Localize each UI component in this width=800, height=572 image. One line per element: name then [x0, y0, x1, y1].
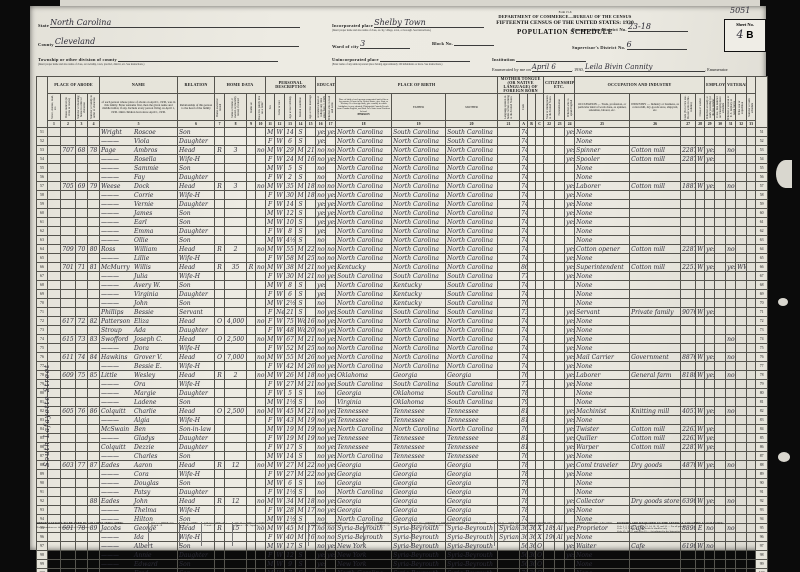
- cell-am: 26: [306, 362, 316, 371]
- cell-r: [247, 488, 256, 497]
- cell-cb: [528, 371, 536, 380]
- cell-sc: yes: [316, 137, 326, 146]
- cell-v: 7,000: [225, 353, 247, 362]
- cell-na: [555, 137, 565, 146]
- cell-mt: [498, 398, 520, 407]
- cell-rel: Head: [178, 245, 215, 254]
- cell-wk: yes: [705, 155, 715, 164]
- cell-mt: [498, 353, 520, 362]
- cell-ue: [715, 353, 726, 362]
- cell-d: [76, 200, 88, 209]
- cell-f: [88, 551, 100, 560]
- cell-wr: WW: [736, 263, 747, 272]
- cell-im: [544, 182, 555, 191]
- cell-sc: no: [316, 371, 326, 380]
- cell-fm: [256, 434, 266, 443]
- cell-v: [225, 425, 247, 434]
- cell-cc: [536, 335, 544, 344]
- cell-ue: [715, 479, 726, 488]
- cell-f: [88, 443, 100, 452]
- cell-rel: Head: [178, 182, 215, 191]
- cell-ag: 8: [285, 227, 296, 236]
- cell-fm: [256, 344, 266, 353]
- cell-vt: no: [726, 371, 736, 380]
- cell-cb: [528, 299, 536, 308]
- cell-ag: 10: [285, 218, 296, 227]
- cell-cr: W: [275, 353, 285, 362]
- cell-o: O: [215, 317, 225, 326]
- cell-m: M: [296, 272, 306, 281]
- cell-fs: [747, 326, 756, 335]
- cell-fm: [256, 272, 266, 281]
- cell-vt: [726, 479, 736, 488]
- census-sheet-page: 5051 State North Carolina County Clevela…: [30, 6, 766, 550]
- cell-name: ———Edward: [100, 560, 178, 569]
- column-number: 11: [266, 121, 275, 128]
- cell-mt: [498, 506, 520, 515]
- column-number: 33: [747, 121, 756, 128]
- column-number: 8: [225, 121, 247, 128]
- cell-rln: 74: [756, 335, 768, 344]
- cell-mt: [498, 254, 520, 263]
- cell-na: [555, 290, 565, 299]
- cell-v: [225, 272, 247, 281]
- cell-wr: [736, 236, 747, 245]
- cell-rw: no: [326, 245, 336, 254]
- cell-mb: South Carolina: [446, 308, 498, 317]
- cell-cc: [536, 416, 544, 425]
- incorporated-place-value: Shelby Town: [374, 18, 426, 27]
- cell-am: 21: [306, 146, 316, 155]
- cell-fm: [256, 155, 266, 164]
- cell-name: ———Bessie E.: [100, 362, 178, 371]
- cell-fb: South Carolina: [392, 128, 446, 137]
- cell-ind: [630, 560, 681, 569]
- cell-na: [555, 335, 565, 344]
- cell-oc: None: [575, 191, 630, 200]
- cell-cl: W: [696, 245, 705, 254]
- cell-im: [544, 245, 555, 254]
- cell-sx: M: [266, 398, 275, 407]
- cell-v: [225, 560, 247, 569]
- cell-en: yes: [565, 344, 575, 353]
- cell-m: S: [296, 209, 306, 218]
- column-header-im: Year of immigration to the United States: [544, 94, 555, 121]
- cell-rel: Servant: [178, 308, 215, 317]
- cell-am: 22: [306, 461, 316, 470]
- cell-ln: 65: [37, 254, 48, 263]
- cell-oc: None: [575, 551, 630, 560]
- cell-ag: 75: [285, 317, 296, 326]
- cell-mb: Syria-Beyrouth: [446, 560, 498, 569]
- cell-d: [76, 209, 88, 218]
- cell-en: yes: [565, 146, 575, 155]
- cell-en: yes: [565, 254, 575, 263]
- cell-wr: [736, 497, 747, 506]
- cell-pb: Georgia: [336, 506, 392, 515]
- cell-wr: [736, 245, 747, 254]
- cell-cb: [528, 236, 536, 245]
- cell-mb: South Carolina: [446, 272, 498, 281]
- cell-fb: Georgia: [392, 506, 446, 515]
- cell-cr: Neg: [275, 308, 285, 317]
- cell-rln: 59: [756, 200, 768, 209]
- cell-name: RossWilliam: [100, 245, 178, 254]
- cell-sx: M: [266, 452, 275, 461]
- cell-rw: yes: [326, 263, 336, 272]
- cell-im: [544, 443, 555, 452]
- cell-cb: [528, 488, 536, 497]
- cell-d: 70: [76, 245, 88, 254]
- cell-na: [555, 551, 565, 560]
- cell-mt: [498, 443, 520, 452]
- cell-h: [61, 506, 76, 515]
- cell-am: [306, 551, 316, 560]
- cell-oc: None: [575, 479, 630, 488]
- cell-m: M: [296, 362, 306, 371]
- cell-na: [555, 263, 565, 272]
- cell-cd: [681, 281, 696, 290]
- cell-pb: North Carolina: [336, 146, 392, 155]
- cell-sc: no: [316, 236, 326, 245]
- cell-im: [544, 128, 555, 137]
- column-header-st: Street, avenue, road, etc.: [48, 94, 61, 121]
- cell-ca: 74: [520, 209, 528, 218]
- cell-ca: 76: [520, 452, 528, 461]
- cell-r: [247, 191, 256, 200]
- cell-cl: W: [696, 434, 705, 443]
- cell-ca: 81: [520, 443, 528, 452]
- cell-rw: [326, 173, 336, 182]
- cell-name: EadesJohn: [100, 497, 178, 506]
- footer-entry-note: Cols. 15, 16, 17, and 21 to 33 — As indi…: [617, 531, 767, 534]
- cell-h: 705: [61, 182, 76, 191]
- cell-cb: [528, 308, 536, 317]
- cell-rw: [326, 227, 336, 236]
- table-row: 87———CharlesSonMW14SnoyesNorth CarolinaT…: [37, 452, 768, 461]
- cell-ue: [715, 155, 726, 164]
- cell-name: ———Rosella: [100, 155, 178, 164]
- cell-d: 69: [76, 182, 88, 191]
- cell-cl: [696, 479, 705, 488]
- cell-m: S: [296, 551, 306, 560]
- cell-rw: yes: [326, 317, 336, 326]
- cell-cl: [696, 236, 705, 245]
- cell-h: [61, 137, 76, 146]
- cell-sx: M: [266, 281, 275, 290]
- cell-im: [544, 461, 555, 470]
- cell-cc: [536, 353, 544, 362]
- cell-rw: yes: [326, 497, 336, 506]
- cell-name: ———Ollie: [100, 236, 178, 245]
- cell-v: [225, 479, 247, 488]
- cell-na: [555, 308, 565, 317]
- column-header-am: Age at first marriage: [306, 94, 316, 121]
- cell-mb: North Carolina: [446, 218, 498, 227]
- footer-abbreviation: Col. 28 — Employer....E | Wage or salary…: [411, 522, 491, 546]
- cell-na: [555, 380, 565, 389]
- cell-im: [544, 551, 555, 560]
- cell-rel: Daughter: [178, 434, 215, 443]
- cell-ue: [715, 128, 726, 137]
- cell-o: [215, 218, 225, 227]
- block-field: Block No.: [432, 39, 494, 46]
- cell-oc: None: [575, 281, 630, 290]
- cell-cd: [681, 470, 696, 479]
- cell-d: [76, 551, 88, 560]
- cell-h: [61, 389, 76, 398]
- cell-d: [76, 290, 88, 299]
- cell-mt: [498, 407, 520, 416]
- cell-im: [544, 398, 555, 407]
- cell-fm: [256, 128, 266, 137]
- cell-ca: 74: [520, 254, 528, 263]
- cell-d: [76, 155, 88, 164]
- cell-pb: North Carolina: [336, 155, 392, 164]
- cell-v: [225, 380, 247, 389]
- cell-wr: [736, 506, 747, 515]
- cell-name: ———Corrie: [100, 191, 178, 200]
- cell-cd: [681, 218, 696, 227]
- cell-r: [247, 182, 256, 191]
- cell-rln: 63: [756, 236, 768, 245]
- cell-cl: [696, 335, 705, 344]
- cell-ag: 4½: [285, 236, 296, 245]
- cell-cc: [536, 371, 544, 380]
- cell-pb: North Carolina: [336, 173, 392, 182]
- cell-cl: [696, 452, 705, 461]
- cell-sx: M: [266, 128, 275, 137]
- cell-ag: 58: [285, 254, 296, 263]
- cell-fs: [747, 479, 756, 488]
- cell-ca: 74: [520, 164, 528, 173]
- cell-cl: W: [696, 461, 705, 470]
- cell-im: [544, 560, 555, 569]
- cell-wk: yes: [705, 182, 715, 191]
- cell-sx: M: [266, 560, 275, 569]
- cell-r: [247, 146, 256, 155]
- cell-d: 73: [76, 335, 88, 344]
- cell-cr: W: [275, 488, 285, 497]
- cell-oc: Servant: [575, 308, 630, 317]
- cell-fm: [256, 227, 266, 236]
- cell-mt: [498, 551, 520, 560]
- cell-ind: [630, 254, 681, 263]
- cell-d: [76, 227, 88, 236]
- cell-mb: North Carolina: [446, 344, 498, 353]
- cell-ca: 74: [520, 218, 528, 227]
- cell-na: [555, 182, 565, 191]
- cell-v: [225, 326, 247, 335]
- cell-o: [215, 362, 225, 371]
- cell-f: [88, 389, 100, 398]
- cell-na: [555, 398, 565, 407]
- cell-vt: [726, 416, 736, 425]
- cell-vt: [726, 173, 736, 182]
- cell-ca: 78: [520, 506, 528, 515]
- cell-en: yes: [565, 380, 575, 389]
- cell-o: [215, 452, 225, 461]
- cell-im: [544, 389, 555, 398]
- cell-am: 21: [306, 407, 316, 416]
- cell-fb: North Carolina: [392, 200, 446, 209]
- cell-ca: 74: [520, 155, 528, 164]
- column-header-mb: MOTHER: [446, 94, 498, 121]
- cell-ag: 30: [285, 191, 296, 200]
- cell-o: R: [215, 245, 225, 254]
- cell-ind: [630, 362, 681, 371]
- cell-fb: North Carolina: [392, 335, 446, 344]
- table-row: 99———EdwardSonMW9SyesNew YorkSyria-Beyro…: [37, 560, 768, 569]
- column-number: 27: [681, 121, 696, 128]
- cell-ca: 74: [520, 326, 528, 335]
- cell-rln: 72: [756, 317, 768, 326]
- cell-cl: [696, 209, 705, 218]
- cell-na: [555, 344, 565, 353]
- cell-h: [61, 200, 76, 209]
- cell-vt: [726, 434, 736, 443]
- cell-d: [76, 398, 88, 407]
- cell-cc: [536, 281, 544, 290]
- cell-name: ———Ladene: [100, 398, 178, 407]
- table-row: 86ColquittDezzieDaughterFW17SnoyesTennes…: [37, 443, 768, 452]
- cell-cl: W: [696, 155, 705, 164]
- cell-cc: [536, 128, 544, 137]
- cell-na: [555, 128, 565, 137]
- cell-st: [48, 326, 61, 335]
- cell-en: yes: [565, 425, 575, 434]
- cell-vt: [726, 218, 736, 227]
- cell-mt: [498, 560, 520, 569]
- cell-ln: 66: [37, 263, 48, 272]
- cell-im: [544, 173, 555, 182]
- cell-rln: 70: [756, 299, 768, 308]
- cell-fs: [747, 164, 756, 173]
- cell-en: yes: [565, 416, 575, 425]
- cell-fb: Oklahoma: [392, 389, 446, 398]
- cell-ag: 28: [285, 506, 296, 515]
- cell-f: [88, 425, 100, 434]
- cell-rln: 55: [756, 164, 768, 173]
- cell-cd: [681, 488, 696, 497]
- cell-ind: [630, 380, 681, 389]
- cell-ue: [715, 551, 726, 560]
- cell-m: M: [296, 380, 306, 389]
- cell-fs: [747, 434, 756, 443]
- cell-fb: North Carolina: [392, 218, 446, 227]
- cell-wk: [705, 317, 715, 326]
- cell-rel: Wife-H: [178, 272, 215, 281]
- cell-h: [61, 155, 76, 164]
- cell-sx: M: [266, 335, 275, 344]
- cell-en: [565, 389, 575, 398]
- unincorporated-field: Unincorporated place (Enter name of any …: [332, 55, 470, 66]
- cell-cc: [536, 164, 544, 173]
- cell-fs: [747, 137, 756, 146]
- cell-h: 615: [61, 335, 76, 344]
- cell-en: yes: [565, 263, 575, 272]
- cell-ca: 74: [520, 362, 528, 371]
- cell-en: [565, 164, 575, 173]
- cell-mt: [498, 362, 520, 371]
- cell-fm: no: [256, 497, 266, 506]
- cell-rln: 62: [756, 227, 768, 236]
- cell-fs: [747, 317, 756, 326]
- cell-ag: 35: [285, 182, 296, 191]
- cell-cl: [696, 398, 705, 407]
- cell-m: S: [296, 443, 306, 452]
- cell-cb: [528, 164, 536, 173]
- cell-rel: Wife-H: [178, 344, 215, 353]
- cell-cl: [696, 317, 705, 326]
- cell-h: 709: [61, 245, 76, 254]
- cell-en: yes: [565, 272, 575, 281]
- cell-d: [76, 452, 88, 461]
- cell-m: S: [296, 560, 306, 569]
- cell-mt: [498, 182, 520, 191]
- cell-f: [88, 218, 100, 227]
- cell-mt: [498, 299, 520, 308]
- cell-cl: W: [696, 371, 705, 380]
- table-row: 91———PatsyDaughterFW1½SnoNorth CarolinaG…: [37, 488, 768, 497]
- cell-im: [544, 497, 555, 506]
- column-number: 24: [565, 121, 575, 128]
- cell-rel: Head: [178, 146, 215, 155]
- cell-m: S: [296, 389, 306, 398]
- cell-r: [247, 353, 256, 362]
- cell-fm: [256, 254, 266, 263]
- cell-fb: Tennessee: [392, 443, 446, 452]
- cell-o: [215, 470, 225, 479]
- cell-ca: 74: [520, 344, 528, 353]
- cell-fs: [747, 398, 756, 407]
- cell-mb: North Carolina: [446, 191, 498, 200]
- cell-mb: Tennessee: [446, 434, 498, 443]
- cell-m: M: [296, 353, 306, 362]
- cell-wk: [705, 479, 715, 488]
- cell-rw: [326, 236, 336, 245]
- cell-ue: [715, 218, 726, 227]
- cell-na: [555, 443, 565, 452]
- cell-h: [61, 479, 76, 488]
- cell-rel: Son-in-law: [178, 425, 215, 434]
- cell-en: yes: [565, 452, 575, 461]
- table-row: 62———EmmaDaughterFW8SyesNorth CarolinaNo…: [37, 227, 768, 236]
- cell-m: M: [296, 335, 306, 344]
- cell-o: [215, 227, 225, 236]
- cell-cr: W: [275, 425, 285, 434]
- cell-rel: Son: [178, 218, 215, 227]
- cell-ind: [630, 452, 681, 461]
- enumerator-signature: Leila Bivin Cannity: [585, 63, 653, 71]
- cell-fb: Kentucky: [392, 290, 446, 299]
- cell-cr: W: [275, 290, 285, 299]
- cell-ag: 34: [285, 497, 296, 506]
- cell-am: 19: [306, 416, 316, 425]
- cell-ag: 27: [285, 380, 296, 389]
- supervisor-district-field: Supervisor's District No. 6: [572, 40, 687, 50]
- cell-na: [555, 353, 565, 362]
- cell-pb: North Carolina: [336, 218, 392, 227]
- cell-en: yes: [565, 335, 575, 344]
- cell-fm: [256, 380, 266, 389]
- cell-cb: 36: [528, 560, 536, 569]
- cell-rel: Daughter: [178, 137, 215, 146]
- cell-f: [88, 191, 100, 200]
- cell-cc: [536, 317, 544, 326]
- cell-m: S: [296, 308, 306, 317]
- cell-cc: [536, 209, 544, 218]
